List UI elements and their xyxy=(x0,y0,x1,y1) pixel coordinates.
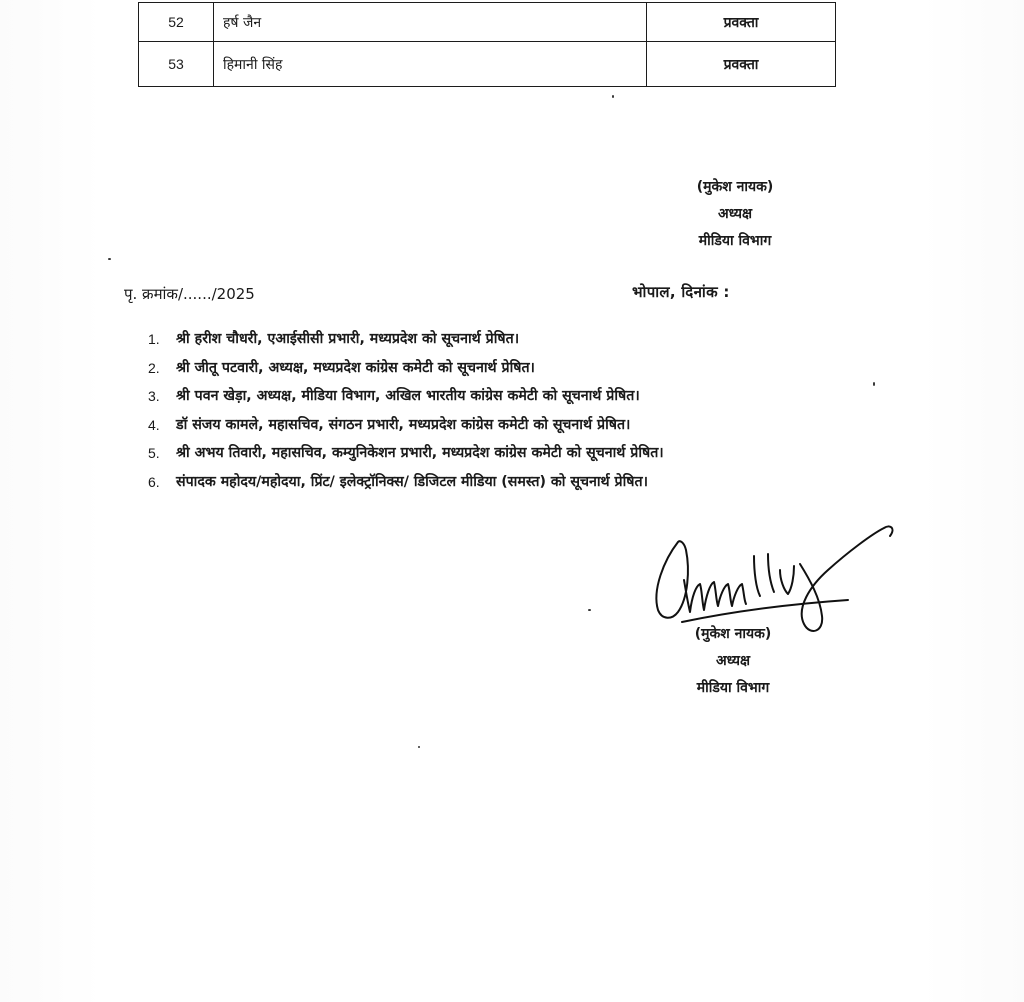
scan-speck xyxy=(588,609,591,611)
table-row: 53 हिमानी सिंह प्रवक्ता xyxy=(139,42,836,87)
scan-speck xyxy=(612,95,614,98)
serial-number: 52 xyxy=(139,3,214,42)
copy-to-list: 1. श्री हरीश चौधरी, एआईसीसी प्रभारी, मध्… xyxy=(148,325,840,496)
signatory-block-top: (मुकेश नायक) अध्यक्ष मीडिया विभाग xyxy=(660,174,810,255)
serial-number: 53 xyxy=(139,42,214,87)
item-number: 1. xyxy=(148,325,176,354)
item-number: 4. xyxy=(148,411,176,440)
item-text: श्री हरीश चौधरी, एआईसीसी प्रभारी, मध्यप्… xyxy=(176,325,840,354)
item-text: श्री अभय तिवारी, महासचिव, कम्युनिकेशन प्… xyxy=(176,439,840,468)
signatory-title: अध्यक्ष xyxy=(660,201,810,228)
scan-speck xyxy=(418,746,420,748)
place-date: भोपाल, दिनांक : xyxy=(632,282,730,302)
member-table: 52 हर्ष जैन प्रवक्ता 53 हिमानी सिंह प्रव… xyxy=(138,2,836,87)
member-designation: प्रवक्ता xyxy=(647,3,836,42)
item-number: 3. xyxy=(148,382,176,411)
list-item: 1. श्री हरीश चौधरी, एआईसीसी प्रभारी, मध्… xyxy=(148,325,840,354)
table-row: 52 हर्ष जैन प्रवक्ता xyxy=(139,3,836,42)
list-item: 3. श्री पवन खेड़ा, अध्यक्ष, मीडिया विभाग… xyxy=(148,382,840,411)
scan-speck xyxy=(873,382,875,386)
item-number: 6. xyxy=(148,468,176,497)
member-name: हिमानी सिंह xyxy=(214,42,647,87)
document-page: 52 हर्ष जैन प्रवक्ता 53 हिमानी सिंह प्रव… xyxy=(0,0,1024,1002)
item-text: श्री पवन खेड़ा, अध्यक्ष, मीडिया विभाग, अ… xyxy=(176,382,840,411)
item-text: डॉ संजय कामले, महासचिव, संगठन प्रभारी, म… xyxy=(176,411,840,440)
item-number: 5. xyxy=(148,439,176,468)
list-item: 2. श्री जीतू पटवारी, अध्यक्ष, मध्यप्रदेश… xyxy=(148,354,840,383)
item-text: श्री जीतू पटवारी, अध्यक्ष, मध्यप्रदेश का… xyxy=(176,354,840,383)
signatory-department: मीडिया विभाग xyxy=(660,228,810,255)
list-item: 5. श्री अभय तिवारी, महासचिव, कम्युनिकेशन… xyxy=(148,439,840,468)
list-item: 6. संपादक महोदय/महोदया, प्रिंट/ इलेक्ट्र… xyxy=(148,468,840,497)
member-name: हर्ष जैन xyxy=(214,3,647,42)
item-text: संपादक महोदय/महोदया, प्रिंट/ इलेक्ट्रॉनि… xyxy=(176,468,840,497)
signatory-name: (मुकेश नायक) xyxy=(660,174,810,201)
signatory-block-bottom: (मुकेश नायक) अध्यक्ष मीडिया विभाग xyxy=(658,621,808,702)
member-designation: प्रवक्ता xyxy=(647,42,836,87)
scan-speck xyxy=(108,258,111,260)
list-item: 4. डॉ संजय कामले, महासचिव, संगठन प्रभारी… xyxy=(148,411,840,440)
signatory-name: (मुकेश नायक) xyxy=(658,621,808,648)
reference-number: पृ. क्रमांक/....../2025 xyxy=(124,284,255,304)
signatory-title: अध्यक्ष xyxy=(658,648,808,675)
item-number: 2. xyxy=(148,354,176,383)
signatory-department: मीडिया विभाग xyxy=(658,675,808,702)
